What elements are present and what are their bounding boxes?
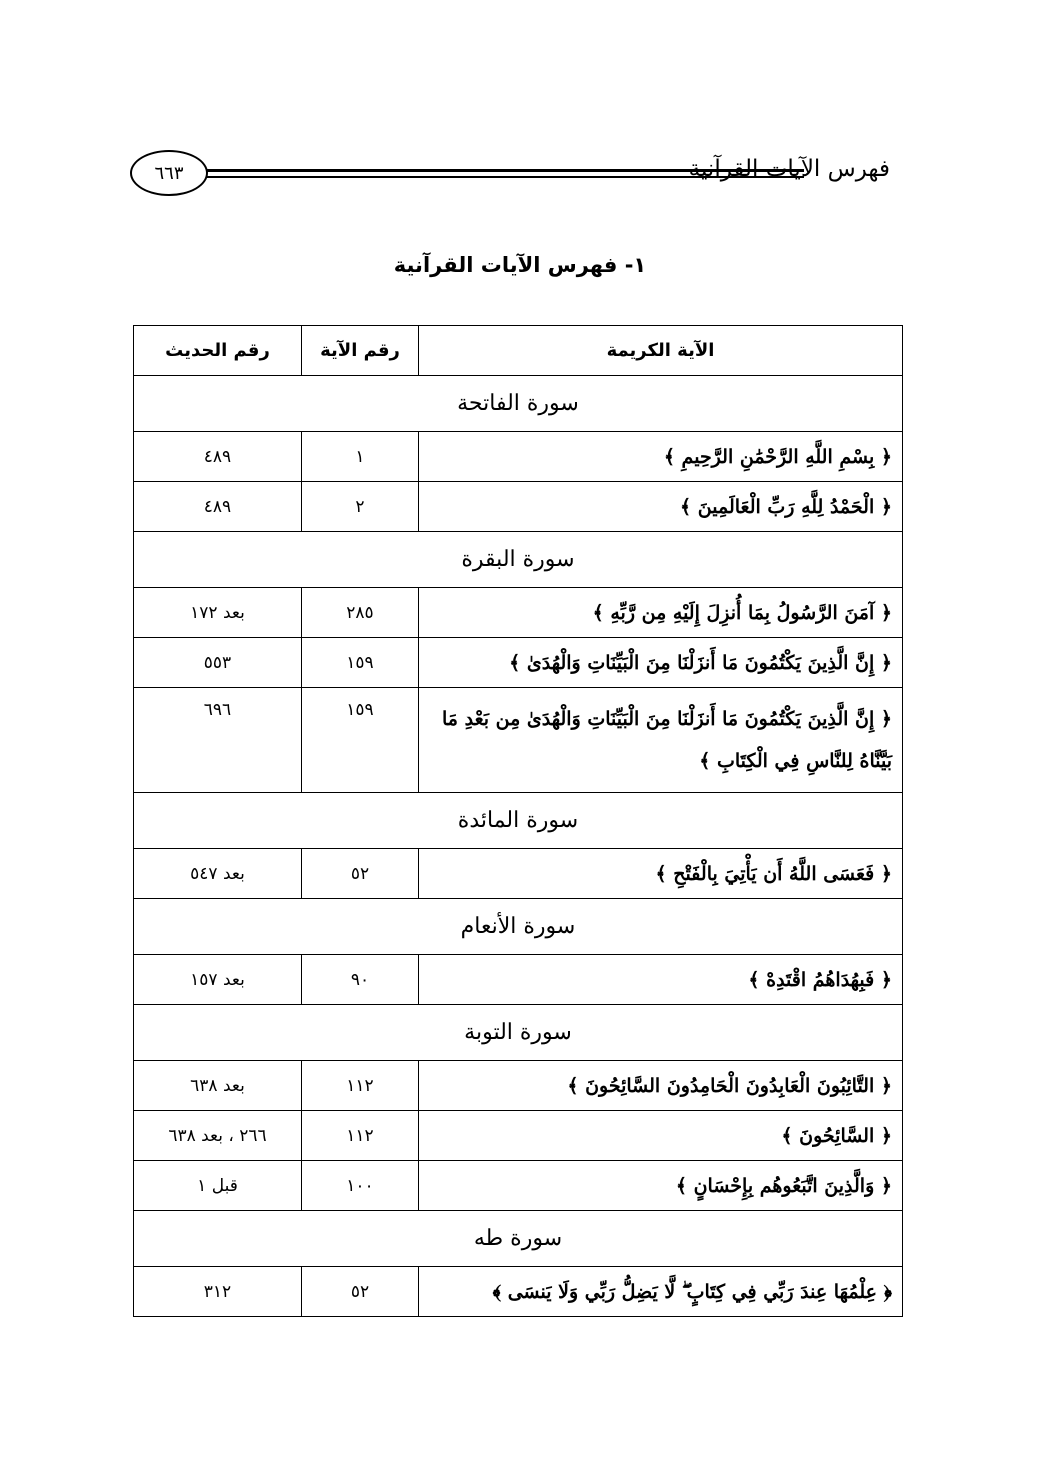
header-verse: الآية الكريمة — [419, 326, 903, 376]
surah-name: سورة الأنعام — [134, 899, 903, 955]
ayah-number: ١٥٩ — [302, 688, 419, 793]
verse-text: ﴿ فَعَسَى اللَّهُ أَن يَأْتِيَ بِالْفَتْ… — [419, 849, 903, 899]
table-row: ﴿ إِنَّ الَّذِينَ يَكْتُمُونَ مَا أَنزَل… — [134, 688, 903, 793]
table-row: ﴿ إِنَّ الَّذِينَ يَكْتُمُونَ مَا أَنزَل… — [134, 638, 903, 688]
hadith-number: ٦٩٦ — [134, 688, 302, 793]
running-title: فهرس الآيات القرآنية — [689, 156, 890, 182]
surah-row: سورة طه — [134, 1211, 903, 1267]
hadith-number: قبل ١ — [134, 1161, 302, 1211]
ayah-number: ٩٠ — [302, 955, 419, 1005]
verse-text: ﴿ إِنَّ الَّذِينَ يَكْتُمُونَ مَا أَنزَل… — [419, 638, 903, 688]
surah-row: سورة الفاتحة — [134, 376, 903, 432]
running-head: ٦٦٣ فهرس الآيات القرآنية — [130, 150, 890, 202]
ayah-number: ٥٢ — [302, 849, 419, 899]
verse-text: ﴿ بِسْمِ اللَّهِ الرَّحْمَٰنِ الرَّحِيمِ… — [419, 432, 903, 482]
surah-row: سورة التوبة — [134, 1005, 903, 1061]
verse-text: ﴿ السَّائِحُونَ ﴾ — [419, 1111, 903, 1161]
verse-text: ﴿ عِلْمُهَا عِندَ رَبِّي فِي كِتَابٍ ۖ ل… — [419, 1267, 903, 1317]
ayah-number: ١٥٩ — [302, 638, 419, 688]
quran-verses-index-table: الآية الكريمة رقم الآية رقم الحديث سورة … — [133, 325, 903, 1317]
hadith-number: ٣١٢ — [134, 1267, 302, 1317]
hadith-number: ٤٨٩ — [134, 432, 302, 482]
surah-name: سورة التوبة — [134, 1005, 903, 1061]
ayah-number: ٢٨٥ — [302, 588, 419, 638]
section-title: ١- فهرس الآيات القرآنية — [0, 253, 1040, 277]
hadith-number: ٤٨٩ — [134, 482, 302, 532]
header-hadith-number: رقم الحديث — [134, 326, 302, 376]
verse-text: ﴿ وَالَّذِينَ اتَّبَعُوهُم بِإِحْسَانٍ ﴾ — [419, 1161, 903, 1211]
hadith-number: بعد ٦٣٨ — [134, 1061, 302, 1111]
ayah-number: ٥٢ — [302, 1267, 419, 1317]
table-row: ﴿ التَّائِبُونَ الْعَابِدُونَ الْحَامِدُ… — [134, 1061, 903, 1111]
verse-text: ﴿ الْحَمْدُ لِلَّهِ رَبِّ الْعَالَمِينَ … — [419, 482, 903, 532]
table-header-row: الآية الكريمة رقم الآية رقم الحديث — [134, 326, 903, 376]
ayah-number: ١٠٠ — [302, 1161, 419, 1211]
ayah-number: ١١٢ — [302, 1061, 419, 1111]
surah-row: سورة البقرة — [134, 532, 903, 588]
table-row: ﴿ بِسْمِ اللَّهِ الرَّحْمَٰنِ الرَّحِيمِ… — [134, 432, 903, 482]
surah-name: سورة طه — [134, 1211, 903, 1267]
hadith-number: بعد ٥٤٧ — [134, 849, 302, 899]
hadith-number: ٥٥٣ — [134, 638, 302, 688]
surah-row: سورة الأنعام — [134, 899, 903, 955]
table-row: ﴿ آمَنَ الرَّسُولُ بِمَا أُنزِلَ إِلَيْه… — [134, 588, 903, 638]
surah-name: سورة البقرة — [134, 532, 903, 588]
page-number: ٦٦٣ — [130, 150, 208, 196]
ayah-number: ٢ — [302, 482, 419, 532]
header-ayah-number: رقم الآية — [302, 326, 419, 376]
verse-text: ﴿ إِنَّ الَّذِينَ يَكْتُمُونَ مَا أَنزَل… — [419, 688, 903, 793]
verse-text: ﴿ فَبِهُدَاهُمُ اقْتَدِهْ ﴾ — [419, 955, 903, 1005]
ayah-number: ١ — [302, 432, 419, 482]
hadith-number: ٢٦٦ ، بعد ٦٣٨ — [134, 1111, 302, 1161]
table-row: ﴿ فَعَسَى اللَّهُ أَن يَأْتِيَ بِالْفَتْ… — [134, 849, 903, 899]
surah-name: سورة المائدة — [134, 793, 903, 849]
verse-text: ﴿ آمَنَ الرَّسُولُ بِمَا أُنزِلَ إِلَيْه… — [419, 588, 903, 638]
ayah-number: ١١٢ — [302, 1111, 419, 1161]
surah-row: سورة المائدة — [134, 793, 903, 849]
table-row: ﴿ الْحَمْدُ لِلَّهِ رَبِّ الْعَالَمِينَ … — [134, 482, 903, 532]
hadith-number: بعد ١٧٢ — [134, 588, 302, 638]
hadith-number: بعد ١٥٧ — [134, 955, 302, 1005]
table-row: ﴿ وَالَّذِينَ اتَّبَعُوهُم بِإِحْسَانٍ ﴾… — [134, 1161, 903, 1211]
table-row: ﴿ فَبِهُدَاهُمُ اقْتَدِهْ ﴾ ٩٠ بعد ١٥٧ — [134, 955, 903, 1005]
table-row: ﴿ عِلْمُهَا عِندَ رَبِّي فِي كِتَابٍ ۖ ل… — [134, 1267, 903, 1317]
verse-text: ﴿ التَّائِبُونَ الْعَابِدُونَ الْحَامِدُ… — [419, 1061, 903, 1111]
table-row: ﴿ السَّائِحُونَ ﴾ ١١٢ ٢٦٦ ، بعد ٦٣٨ — [134, 1111, 903, 1161]
surah-name: سورة الفاتحة — [134, 376, 903, 432]
